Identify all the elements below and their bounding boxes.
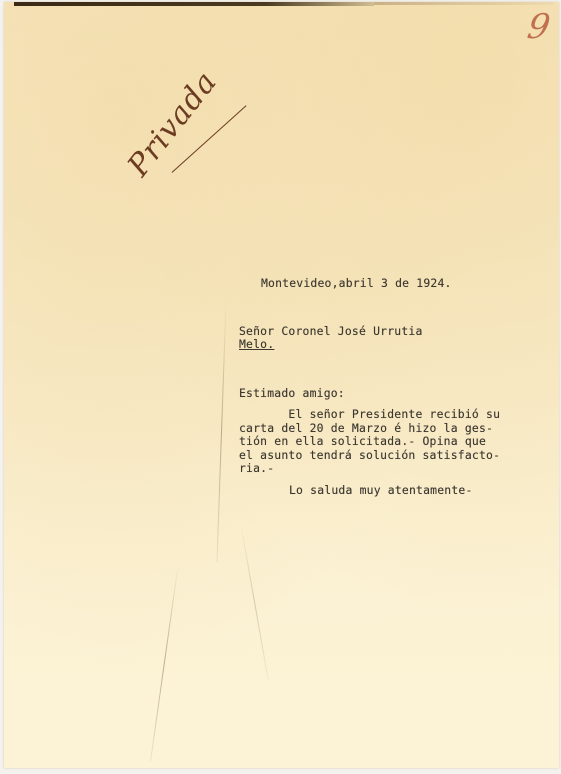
recipient-city: Melo.	[239, 338, 274, 351]
paper-crease	[216, 302, 226, 562]
page-number: 9	[525, 10, 553, 44]
salutation: Estimado amigo:	[239, 387, 345, 400]
letter-body: El señor Presidente recibió su carta del…	[239, 408, 500, 476]
closing-line: Lo saluda muy atentamente-	[289, 484, 473, 497]
page-top-edge-shadow	[14, 2, 374, 6]
paper-crease	[240, 523, 269, 681]
page-top-edge-fade	[374, 2, 554, 5]
handwritten-privada-annotation: Privada	[123, 67, 222, 182]
document-page: 9 Privada Montevideo,abril 3 de 1924. Se…	[4, 2, 559, 768]
date-line: Montevideo,abril 3 de 1924.	[261, 277, 452, 290]
paper-crease	[150, 563, 179, 761]
